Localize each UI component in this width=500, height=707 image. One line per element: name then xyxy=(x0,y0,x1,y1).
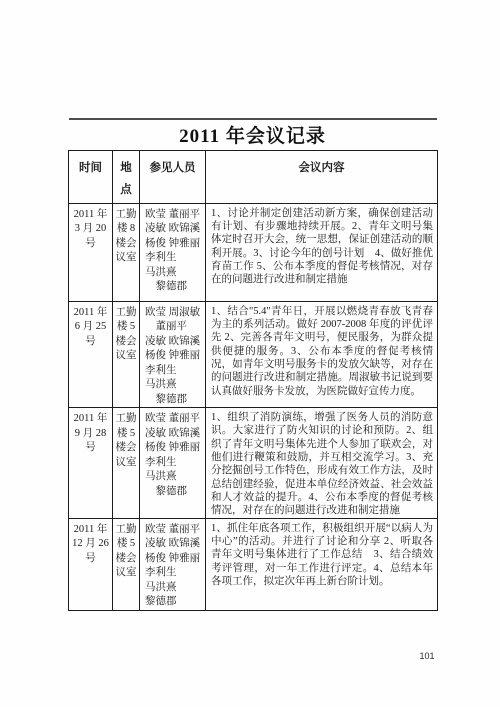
meeting-records-table: 时间 地 点 参见人员 会议内容 2011 年 3 月 20 号 工勤 楼 8 … xyxy=(68,150,438,611)
table-row: 2011 年 9 月 28 号 工勤 楼 5 楼会 议室 欧莹 董丽平 凌敏 欧… xyxy=(69,408,438,519)
column-header-time: 时间 xyxy=(69,151,113,204)
column-header-content: 会议内容 xyxy=(206,151,438,204)
cell-location: 工勤 楼 8 楼会 议室 xyxy=(113,203,140,301)
cell-content: 1、组织了消防演练，增强了医务人员的消防意识。大家进行了防火知识的讨论和预防。2… xyxy=(206,408,438,519)
cell-location: 工勤 楼 5 楼会 议室 xyxy=(113,408,140,519)
cell-location: 工勤 楼 5 楼会 议室 xyxy=(113,301,140,407)
cell-time: 2011 年 9 月 28 号 xyxy=(69,408,113,519)
cell-participants: 欧莹 周淑敏 董丽平 凌敏 欧锦溪 杨俊 钟雅丽 李利生 马洪熹 黎德郡 xyxy=(140,301,206,407)
table-header-row: 时间 地 点 参见人员 会议内容 xyxy=(69,151,438,204)
page-title: 2011 年会议记录 xyxy=(68,121,437,148)
cell-content: 1、抓住年底各项工作，积极组织开展“以病人为中心”的活动。并进行了讨论和分享 2… xyxy=(206,518,438,610)
cell-participants: 欧莹 董丽平 凌敏 欧锦溪 杨俊 钟雅丽 李利生 马洪熹 黎德郡 xyxy=(140,203,206,301)
cell-participants: 欧莹 董丽平 凌敏 欧锦溪 杨俊 钟雅丽 李利生 马洪熹 黎德郡 xyxy=(140,518,206,610)
horizontal-rule xyxy=(69,118,437,120)
cell-time: 2011 年 3 月 20 号 xyxy=(69,203,113,301)
cell-time: 2011 年 6 月 25 号 xyxy=(69,301,113,407)
page-number: 101 xyxy=(412,651,442,661)
cell-participants: 欧莹 董丽平 凌敏 欧锦溪 杨俊 钟雅丽 李利生 马洪熹 黎德郡 xyxy=(140,408,206,519)
cell-location: 工勤 楼 5 楼会 议室 xyxy=(113,518,140,610)
document-page: 2011 年会议记录 时间 地 点 参见人员 会议内容 2011 年 3 月 2… xyxy=(0,0,500,707)
cell-content: 1、讨论并制定创建活动新方案，确保创建活动有计划、有步骤地持续开展。2、青年文明… xyxy=(206,203,438,301)
cell-content: 1、结合"5.4"青年日，开展以燃烧青春放飞青春为主的系列活动。做好 2007-… xyxy=(206,301,438,407)
table-row: 2011 年 12 月 26 号 工勤 楼 5 楼会 议室 欧莹 董丽平 凌敏 … xyxy=(69,518,438,610)
cell-time: 2011 年 12 月 26 号 xyxy=(69,518,113,610)
column-header-location: 地 点 xyxy=(113,151,140,204)
table-row: 2011 年 3 月 20 号 工勤 楼 8 楼会 议室 欧莹 董丽平 凌敏 欧… xyxy=(69,203,438,301)
table-row: 2011 年 6 月 25 号 工勤 楼 5 楼会 议室 欧莹 周淑敏 董丽平 … xyxy=(69,301,438,407)
column-header-participants: 参见人员 xyxy=(140,151,206,204)
